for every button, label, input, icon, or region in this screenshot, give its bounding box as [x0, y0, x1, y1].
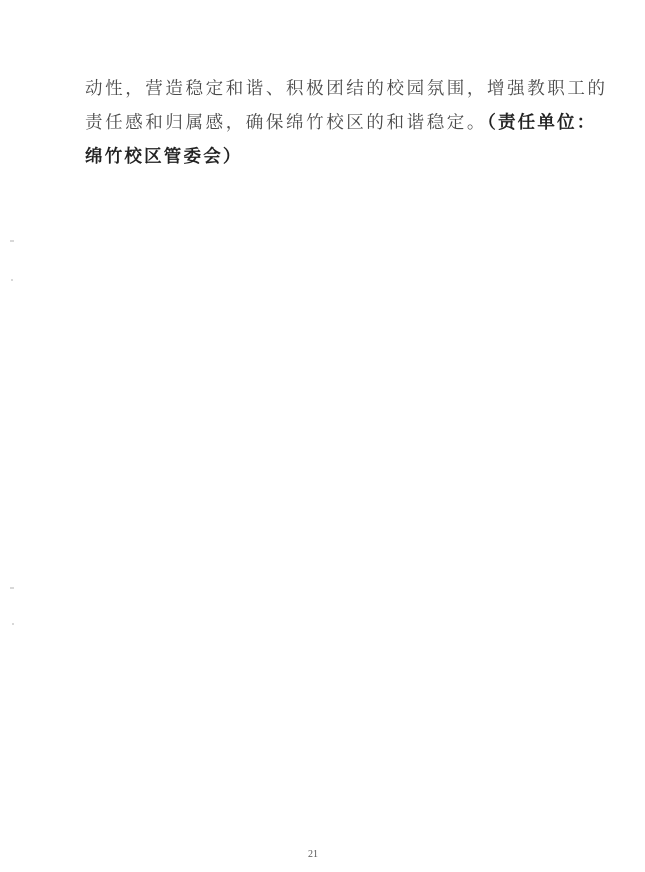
- paragraph-line-1: 动性，营造稳定和谐、积极团结的校园氛围，增强教职工的: [85, 72, 555, 106]
- page-number: 21: [0, 849, 626, 860]
- responsible-unit-label: （责任单位：: [487, 113, 596, 133]
- paragraph-line-2-text: 责任感和归属感，确保绵竹校区的和谐稳定。: [85, 113, 487, 133]
- document-page: 动性，营造稳定和谐、积极团结的校园氛围，增强教职工的 责任感和归属感，确保绵竹校…: [0, 0, 645, 872]
- scan-artifact: [11, 279, 13, 281]
- paragraph: 动性，营造稳定和谐、积极团结的校园氛围，增强教职工的 责任感和归属感，确保绵竹校…: [85, 72, 555, 174]
- scan-artifact: [12, 623, 14, 625]
- scan-artifact: [10, 587, 14, 589]
- responsible-unit-name: 绵竹校区管委会）: [85, 140, 555, 174]
- scan-artifact: [10, 240, 14, 242]
- paragraph-line-2: 责任感和归属感，确保绵竹校区的和谐稳定。（责任单位：: [85, 106, 555, 140]
